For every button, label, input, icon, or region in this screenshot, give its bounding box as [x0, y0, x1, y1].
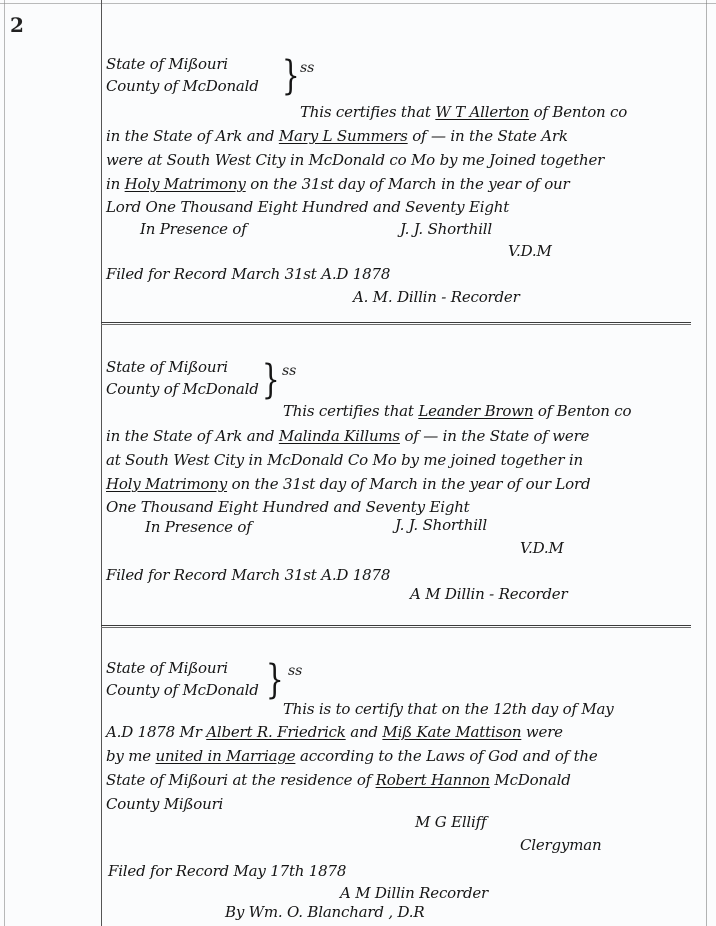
text-run: Lord One Thousand Eight Hundred and Seve…	[106, 198, 509, 216]
text-run: of — in the State of were	[400, 427, 589, 445]
page-number: 2	[10, 13, 24, 37]
text-run: of — in the State Ark	[408, 127, 568, 145]
record-line: This is to certify that on the 12th day …	[283, 700, 614, 718]
underlined-name: Malinda Killums	[279, 427, 400, 445]
record-line: This certifies that Leander Brown of Ben…	[283, 402, 631, 420]
page-top-edge	[0, 3, 716, 4]
text-run: on the 31st day of March in the year of …	[227, 475, 590, 493]
officiant-signature: J. J. Shorthill	[395, 516, 487, 534]
filed-note: Filed for Record March 31st A.D 1878	[106, 265, 390, 283]
presence-label: In Presence of	[140, 220, 247, 238]
record-line: were at South West City in McDonald co M…	[106, 151, 604, 169]
record-line: at South West City in McDonald Co Mo by …	[106, 451, 583, 469]
text-run: according to the Laws of God and of the	[295, 747, 597, 765]
filed-note: Filed for Record May 17th 1878	[108, 862, 346, 880]
record-line: in Holy Matrimony on the 31st day of Mar…	[106, 175, 569, 193]
brace: }	[282, 56, 300, 96]
text-run: This certifies that	[300, 103, 435, 121]
officiant-title: V.D.M	[520, 539, 564, 557]
filed-note: Filed for Record March 31st A.D 1878	[106, 566, 390, 584]
underlined-name: Miß Kate Mattison	[382, 723, 521, 741]
ss-mark: ss	[282, 363, 296, 379]
underlined-name: Albert R. Friedrick	[206, 723, 345, 741]
underlined-name: Holy Matrimony	[106, 475, 227, 493]
record-line: This certifies that W T Allerton of Bent…	[300, 103, 627, 121]
register-page: 2 State of Mißouri County of McDonald } …	[0, 0, 716, 926]
venue-county: County of McDonald	[106, 380, 259, 398]
page-right-edge	[706, 0, 707, 926]
text-run: in the State of Ark and	[106, 127, 279, 145]
presence-label: In Presence of	[145, 518, 252, 536]
record-line: Holy Matrimony on the 31st day of March …	[106, 475, 590, 493]
record-line: Lord One Thousand Eight Hundred and Seve…	[106, 198, 509, 216]
record-line: One Thousand Eight Hundred and Seventy E…	[106, 498, 470, 516]
brace: }	[262, 360, 280, 400]
record-line: State of Mißouri at the residence of Rob…	[106, 771, 571, 789]
text-run: in	[106, 175, 125, 193]
record-line: by me united in Marriage according to th…	[106, 747, 598, 765]
venue-state: State of Mißouri	[106, 659, 228, 677]
recorder-signature: A. M. Dillin - Recorder	[353, 288, 520, 306]
record-line: County Mißouri	[106, 795, 223, 813]
underlined-name: united in Marriage	[156, 747, 296, 765]
text-run: This is to certify that on the 12th day …	[283, 700, 614, 718]
text-run: McDonald	[490, 771, 571, 789]
officiant-signature: M G Elliff	[415, 813, 486, 831]
text-run: at South West City in McDonald Co Mo by …	[106, 451, 583, 469]
officiant-signature: J. J. Shorthill	[400, 220, 492, 238]
brace: }	[266, 660, 284, 700]
margin-rule	[101, 0, 102, 926]
underlined-name: Leander Brown	[418, 402, 533, 420]
ss-mark: ss	[288, 663, 302, 679]
underlined-name: W T Allerton	[435, 103, 529, 121]
venue-county: County of McDonald	[106, 681, 259, 699]
text-run: were	[521, 723, 563, 741]
underlined-name: Holy Matrimony	[125, 175, 246, 193]
text-run: of Benton co	[529, 103, 627, 121]
record-line: A.D 1878 Mr Albert R. Friedrick and Miß …	[106, 723, 563, 741]
venue-county: County of McDonald	[106, 77, 259, 95]
text-run: on the 31st day of March in the year of …	[246, 175, 570, 193]
deputy-signature: By Wm. O. Blanchard , D.R	[225, 903, 424, 921]
underlined-name: Robert Hannon	[376, 771, 490, 789]
text-run: A.D 1878 Mr	[106, 723, 206, 741]
recorder-signature: A M Dillin Recorder	[340, 884, 488, 902]
record-divider	[101, 625, 691, 628]
recorder-signature: A M Dillin - Recorder	[410, 585, 567, 603]
officiant-title: V.D.M	[508, 242, 552, 260]
record-line: in the State of Ark and Mary L Summers o…	[106, 127, 568, 145]
text-run: were at South West City in McDonald co M…	[106, 151, 604, 169]
venue-state: State of Mißouri	[106, 358, 228, 376]
officiant-title: Clergyman	[520, 836, 601, 854]
ss-mark: ss	[300, 60, 314, 76]
page-left-edge	[4, 0, 5, 926]
text-run: State of Mißouri at the residence of	[106, 771, 376, 789]
text-run: by me	[106, 747, 156, 765]
underlined-name: Mary L Summers	[279, 127, 408, 145]
text-run: This certifies that	[283, 402, 418, 420]
record-line: in the State of Ark and Malinda Killums …	[106, 427, 589, 445]
venue-state: State of Mißouri	[106, 55, 228, 73]
text-run: of Benton co	[533, 402, 631, 420]
record-divider	[101, 322, 691, 325]
text-run: One Thousand Eight Hundred and Seventy E…	[106, 498, 470, 516]
text-run: in the State of Ark and	[106, 427, 279, 445]
text-run: and	[346, 723, 383, 741]
text-run: County Mißouri	[106, 795, 223, 813]
